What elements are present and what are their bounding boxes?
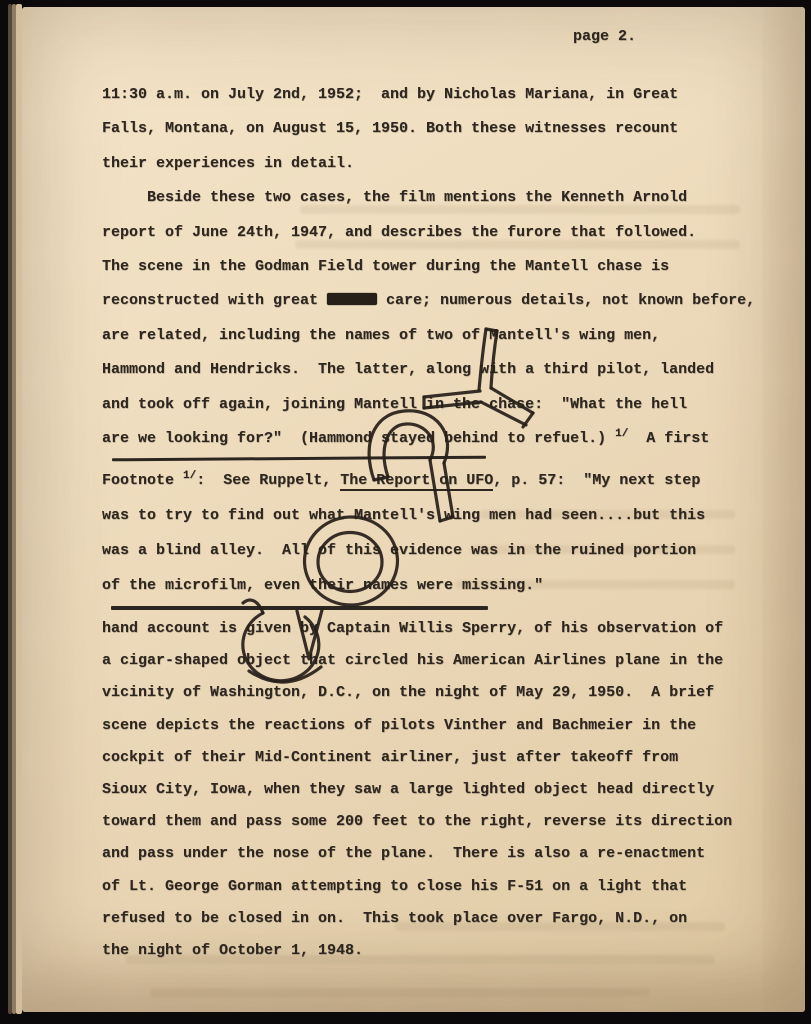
text-line: their experiences in detail.	[102, 155, 755, 189]
text-segment: was to try to find out what Mantell's wi…	[102, 507, 705, 524]
text-line: and took off again, joining Mantell in t…	[102, 396, 755, 430]
footnote-block: Footnote 1/: See Ruppelt, The Report on …	[102, 472, 705, 612]
text-segment: 11:30 a.m. on July 2nd, 1952; and by Nic…	[102, 86, 678, 103]
page-number: page 2.	[573, 28, 636, 45]
text-line: 11:30 a.m. on July 2nd, 1952; and by Nic…	[102, 86, 755, 120]
text-line: Falls, Montana, on August 15, 1950. Both…	[102, 120, 755, 154]
text-line: cockpit of their Mid-Continent airliner,…	[102, 749, 732, 781]
body-bottom-paragraph: hand account is given by Captain Willis …	[102, 620, 732, 974]
bleedthrough-line	[150, 988, 650, 997]
text-line: and pass under the nose of the plane. Th…	[102, 845, 732, 877]
text-segment: reconstructed with great	[102, 292, 327, 309]
text-line: scene depicts the reactions of pilots Vi…	[102, 717, 732, 749]
text-line: report of June 24th, 1947, and describes…	[102, 224, 755, 258]
text-line: was a blind alley. All of this evidence …	[102, 542, 705, 577]
text-segment: , p. 57: "My next step	[493, 472, 700, 489]
text-segment: Hammond and Hendricks. The latter, along…	[102, 361, 714, 378]
text-line: was to try to find out what Mantell's wi…	[102, 507, 705, 542]
text-segment: and took off again, joining Mantell in t…	[102, 396, 687, 413]
text-segment: their experiences in detail.	[102, 155, 354, 172]
text-segment: are we looking for?" (Hammond stayed beh…	[102, 430, 615, 447]
text-line: of Lt. George Gorman attempting to close…	[102, 878, 732, 910]
text-line: toward them and pass some 200 feet to th…	[102, 813, 732, 845]
text-segment: a cigar-shaped object that circled his A…	[102, 652, 723, 669]
text-line: a cigar-shaped object that circled his A…	[102, 652, 732, 684]
footnote-separator-bottom	[111, 606, 488, 610]
text-segment: was a blind alley. All of this evidence …	[102, 542, 696, 559]
text-segment: report of June 24th, 1947, and describes…	[102, 224, 696, 241]
text-segment: care; numerous details, not known before…	[377, 292, 755, 309]
photo-of-document: page 2. 11:30 a.m. on July 2nd, 1952; an…	[0, 0, 811, 1024]
text-segment: : See Ruppelt,	[196, 472, 340, 489]
text-segment: of Lt. George Gorman attempting to close…	[102, 878, 687, 895]
text-segment: Beside these two cases, the film mention…	[102, 189, 687, 206]
text-line: the night of October 1, 1948.	[102, 942, 732, 974]
text-segment-underline: The Report on UFO	[340, 472, 493, 491]
text-segment-sup: 1/	[183, 470, 196, 482]
text-segment: the night of October 1, 1948.	[102, 942, 363, 959]
text-segment: A first	[628, 430, 709, 447]
text-segment: scene depicts the reactions of pilots Vi…	[102, 717, 696, 734]
text-line: Footnote 1/: See Ruppelt, The Report on …	[102, 472, 705, 507]
text-segment: cockpit of their Mid-Continent airliner,…	[102, 749, 678, 766]
text-line: vicinity of Washington, D.C., on the nig…	[102, 684, 732, 716]
text-segment: are related, including the names of two …	[102, 327, 660, 344]
text-segment: vicinity of Washington, D.C., on the nig…	[102, 684, 714, 701]
text-segment: Falls, Montana, on August 15, 1950. Both…	[102, 120, 678, 137]
text-line: The scene in the Godman Field tower duri…	[102, 258, 755, 292]
text-line: reconstructed with great care; numerous …	[102, 292, 755, 326]
text-line: Hammond and Hendricks. The latter, along…	[102, 361, 755, 395]
text-line: Beside these two cases, the film mention…	[102, 189, 755, 223]
text-segment: Footnote	[102, 472, 183, 489]
text-segment: hand account is given by Captain Willis …	[102, 620, 723, 637]
body-top-paragraphs: 11:30 a.m. on July 2nd, 1952; and by Nic…	[102, 86, 755, 464]
text-line: are related, including the names of two …	[102, 327, 755, 361]
redaction-strikeover	[327, 293, 377, 305]
text-segment: The scene in the Godman Field tower duri…	[102, 258, 669, 275]
text-segment: of the microfilm, even their names were …	[102, 577, 543, 594]
text-line: refused to be closed in on. This took pl…	[102, 910, 732, 942]
text-segment: and pass under the nose of the plane. Th…	[102, 845, 705, 862]
text-segment: Sioux City, Iowa, when they saw a large …	[102, 781, 714, 798]
text-segment: toward them and pass some 200 feet to th…	[102, 813, 732, 830]
text-segment-sup: 1/	[615, 428, 628, 440]
text-segment: refused to be closed in on. This took pl…	[102, 910, 687, 927]
text-line: hand account is given by Captain Willis …	[102, 620, 732, 652]
text-line: Sioux City, Iowa, when they saw a large …	[102, 781, 732, 813]
